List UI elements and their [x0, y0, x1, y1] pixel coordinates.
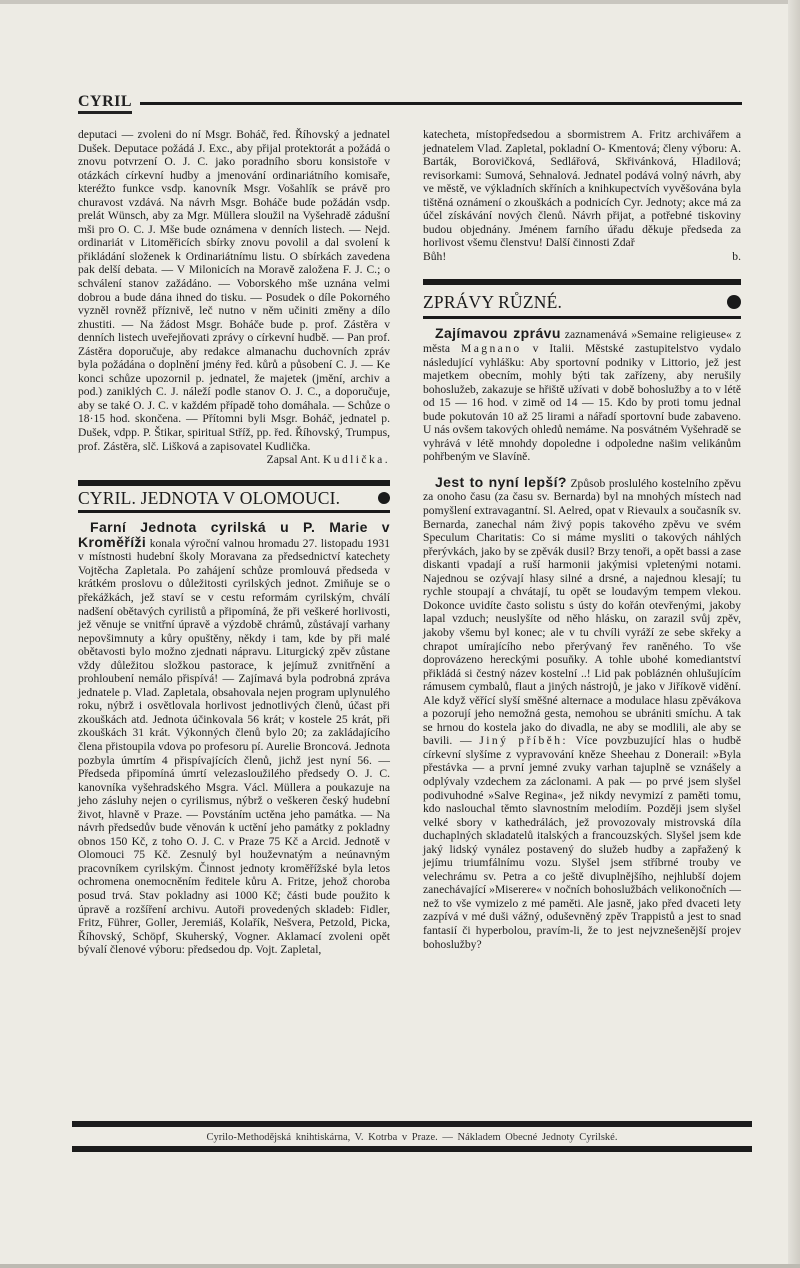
news-sublead: Jiný příběh: — [479, 734, 568, 747]
news-text: Způsob proslulého kostelního zpěvu za on… — [423, 477, 741, 747]
news-item-magnano: Zajímavou zprávu zaznamenává »Semaine re… — [423, 327, 741, 463]
section-header-olomouc: CYRIL. JEDNOTA V OLOMOUCI. — [78, 480, 390, 514]
news-text: Více povzbuzující hlas o hudbě církevní … — [423, 734, 741, 950]
city-name: Magnano — [461, 342, 522, 355]
imprint: Cyrilo-Methodějská knihtiskárna, V. Kotr… — [72, 1127, 752, 1146]
journal-title: CYRIL — [78, 93, 132, 114]
section-rule — [423, 279, 741, 285]
page-footer: Cyrilo-Methodějská knihtiskárna, V. Kotr… — [72, 1121, 752, 1152]
section-rule — [423, 316, 741, 319]
section-rule — [78, 510, 390, 513]
article-body: konala výroční valnou hromadu 27. listop… — [78, 537, 390, 956]
page-edge — [0, 0, 800, 4]
bullet-dot-icon — [378, 492, 390, 504]
right-column: katecheta, místopředsedou a sbormistrem … — [423, 128, 741, 951]
signature: Zapsal Ant. Kudlička. — [78, 453, 390, 467]
section-rule — [78, 480, 390, 486]
signature-prefix: Zapsal Ant. — [267, 453, 320, 466]
news-item-singing: Jest to nyní lepší? Způsob proslulého ko… — [423, 476, 741, 951]
running-head: CYRIL — [78, 93, 742, 117]
news-text: v Italii. Městské zastupitelstvo vydalo … — [423, 342, 741, 463]
author-initial: b. — [732, 250, 741, 264]
left-column: deputaci — zvoleni do ní Msgr. Boháč, ře… — [78, 128, 390, 957]
news-lead: Zajímavou zprávu — [435, 325, 561, 341]
header-rule — [140, 102, 742, 105]
bullet-dot-icon — [727, 295, 741, 309]
section-title: CYRIL. JEDNOTA V OLOMOUCI. — [78, 492, 340, 506]
signature-name: Kudlička. — [323, 453, 390, 466]
news-lead: Jest to nyní lepší? — [435, 474, 567, 490]
section-title: ZPRÁVY RŮZNÉ. — [423, 296, 562, 310]
closing-text: Bůh! — [423, 250, 446, 264]
page-edge — [788, 0, 800, 1268]
footer-rule — [72, 1146, 752, 1152]
page-edge — [0, 1264, 800, 1268]
section-header-news: ZPRÁVY RŮZNÉ. — [423, 279, 741, 319]
continued-report-text: deputaci — zvoleni do ní Msgr. Boháč, ře… — [78, 128, 390, 453]
closing-line: Bůh! b. — [423, 250, 741, 264]
article-kromeriz: Farní Jednota cyrilská u P. Marie v Krom… — [78, 521, 390, 957]
continued-report-text: katecheta, místopředsedou a sbormistrem … — [423, 128, 741, 250]
